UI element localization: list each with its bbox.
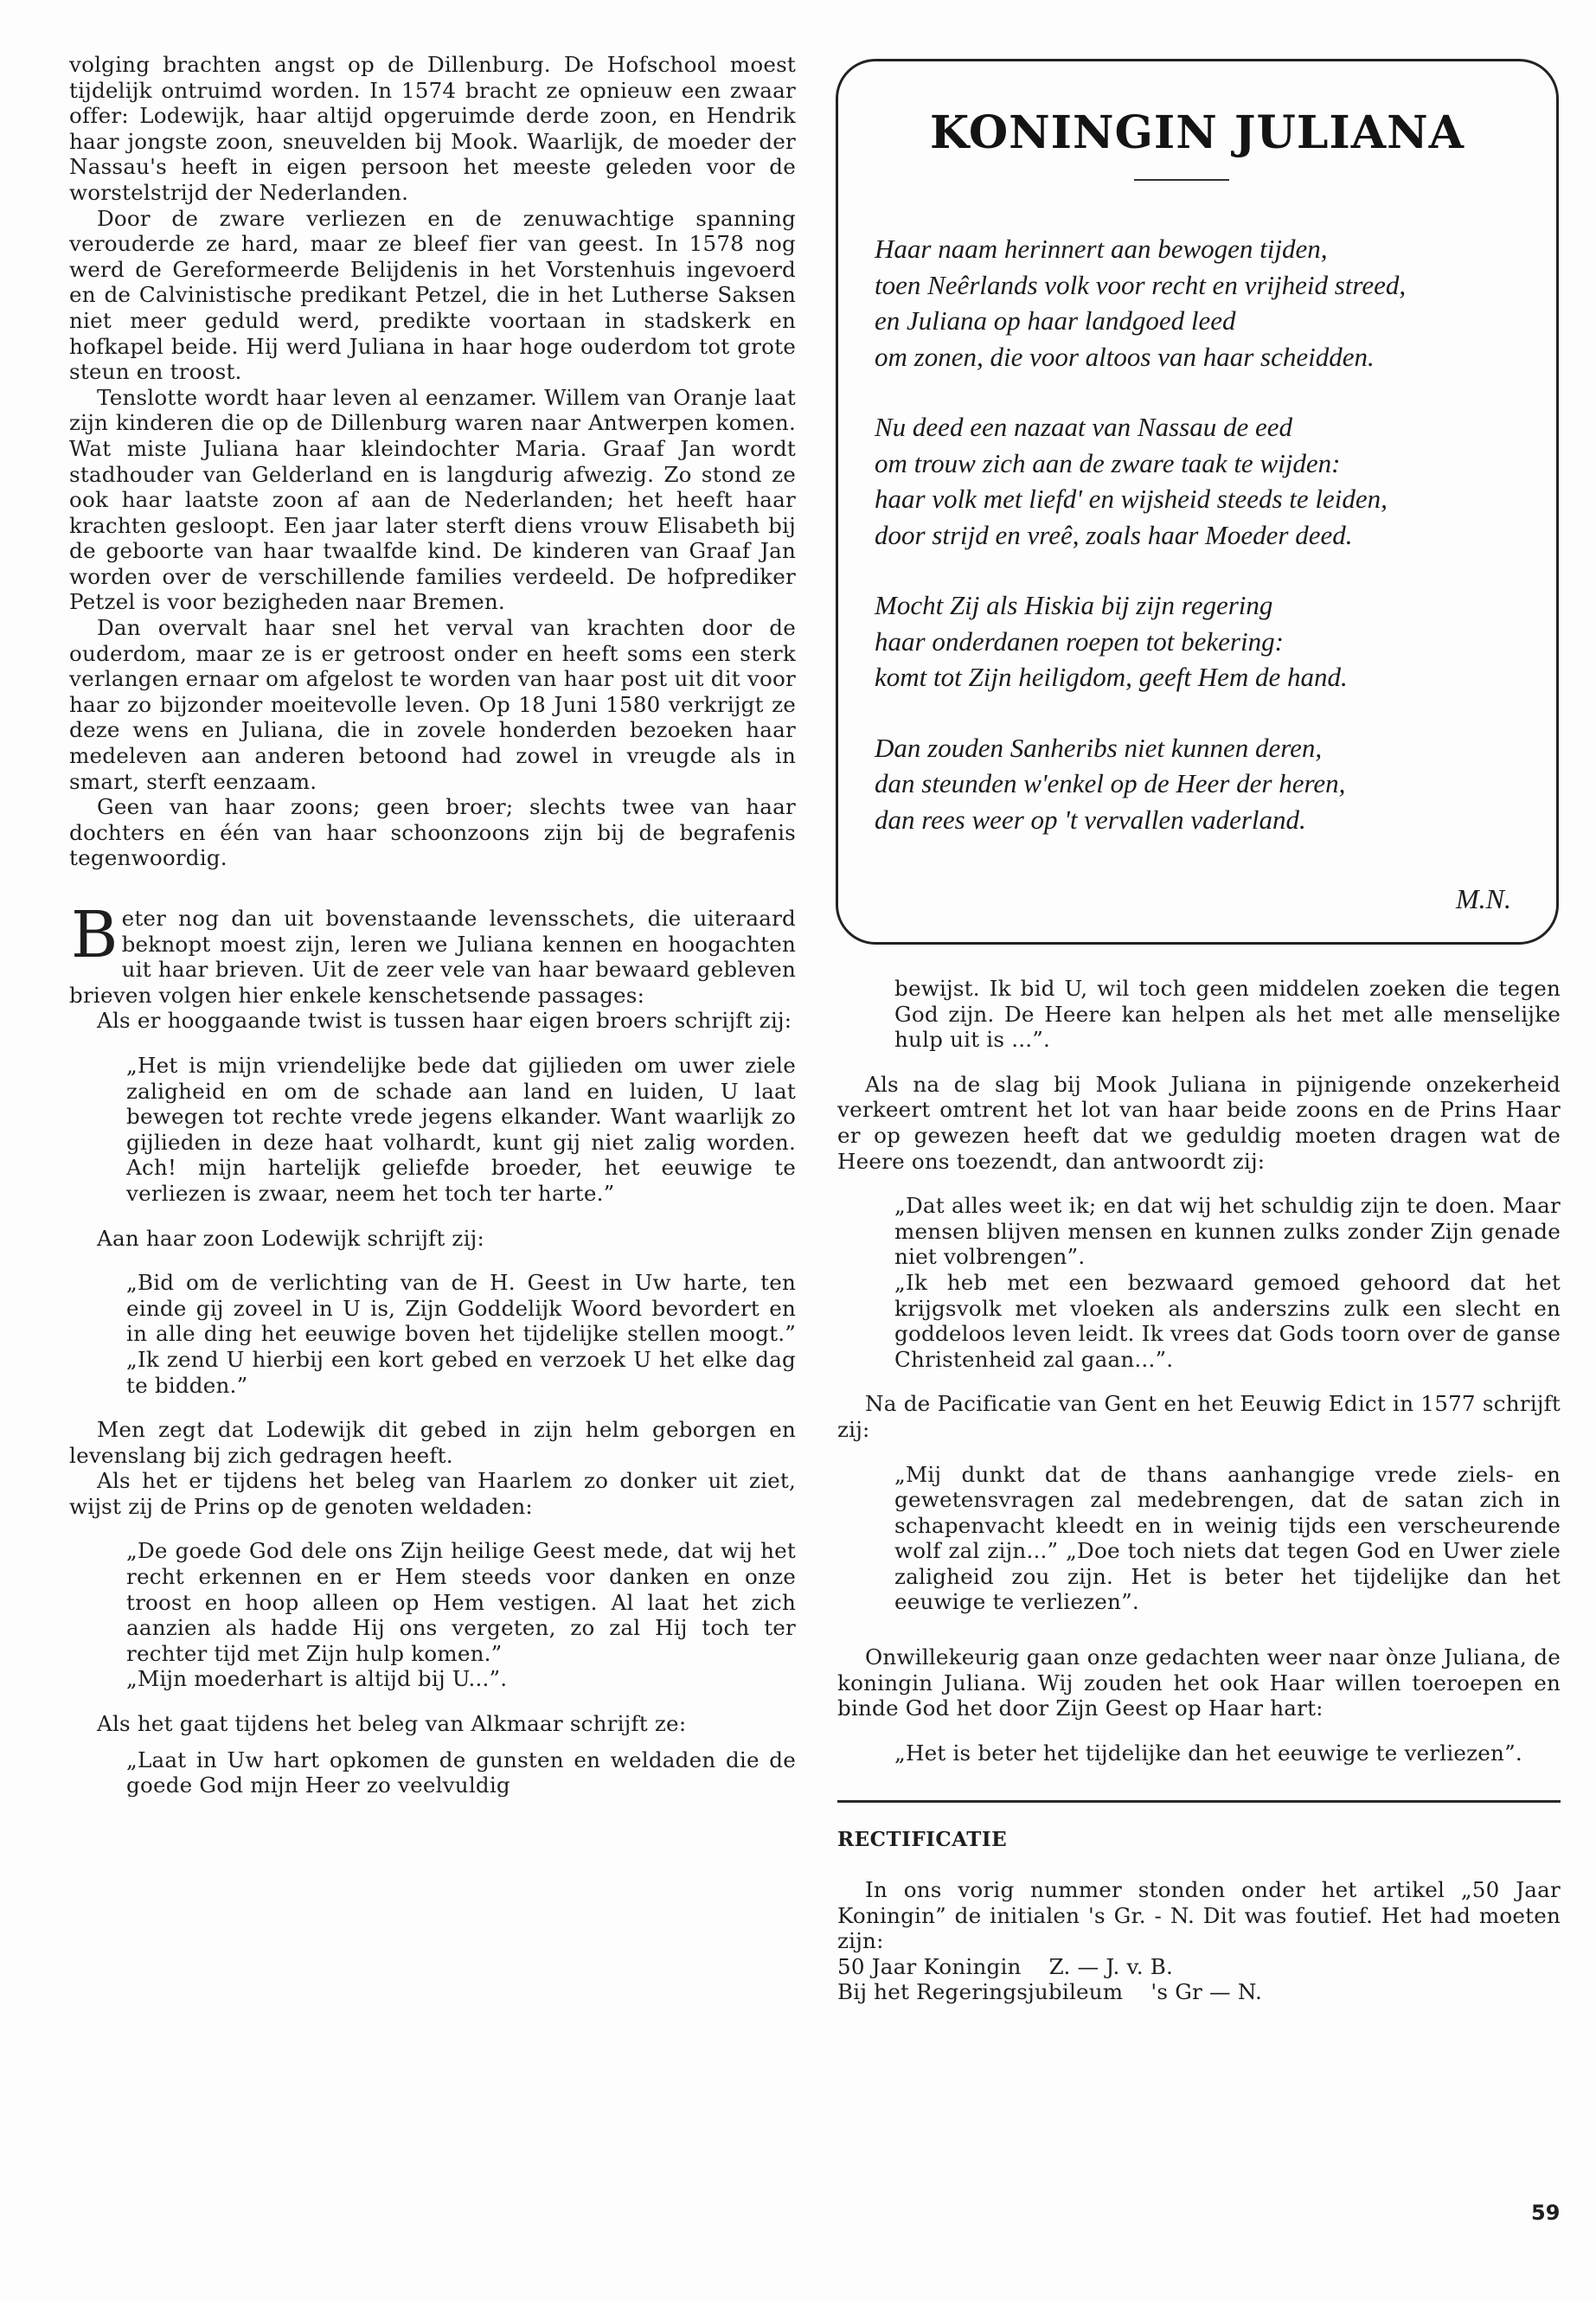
magazine-page: volging brachten angst op de Dillenburg.… (0, 0, 1596, 2301)
poem-stanza: Nu deed een nazaat van Nassau de eed om … (875, 409, 1532, 553)
letter-quote: „Het is mijn vriendelijke bede dat gijli… (126, 1053, 796, 1207)
rectificatie-line: Bij het Regeringsjubileum 's Gr — N. (837, 1979, 1561, 2005)
poem-stanza: Haar naam herinnert aan bewogen tijden, … (875, 231, 1532, 375)
letter-quote: „Ik heb met een bezwaard gemoed gehoord … (894, 1270, 1561, 1372)
poem-title: KONINGIN JULIANA (838, 106, 1556, 159)
body-paragraph: Na de Pacificatie van Gent en het Eeuwig… (837, 1391, 1561, 1442)
poem-line: Haar naam herinnert aan bewogen tijden, (875, 231, 1532, 267)
poem-author: M.N. (1456, 883, 1511, 915)
page-number: 59 (1531, 2201, 1560, 2225)
body-paragraph: Onwillekeurig gaan onze gedachten weer n… (837, 1644, 1561, 1721)
dropcap-paragraph: Beter nog dan uit bovenstaande levenssch… (69, 906, 796, 1008)
poem-line: dan rees weer op 't vervallen vaderland. (875, 802, 1532, 838)
rectificatie-text: In ons vorig nummer stonden onder het ar… (837, 1877, 1561, 1954)
letter-quote: „De goede God dele ons Zijn heilige Gees… (126, 1538, 796, 1666)
poem-line: Mocht Zij als Hiskia bij zijn regering (875, 587, 1532, 624)
body-paragraph: Geen van haar zoons; geen broer; slechts… (69, 794, 796, 871)
poem-box: KONINGIN JULIANA Haar naam herinnert aan… (836, 59, 1559, 945)
body-paragraph: Aan haar zoon Lodewijk schrijft zij: (69, 1226, 796, 1252)
poem-line: om zonen, die voor altoos van haar schei… (875, 339, 1532, 375)
poem-line: Nu deed een nazaat van Nassau de eed (875, 409, 1532, 445)
section-divider (837, 1800, 1561, 1803)
dropcap-paragraph-text: eter nog dan uit bovenstaande levenssche… (69, 906, 796, 1008)
letter-quote: „Laat in Uw hart opkomen de gunsten en w… (126, 1747, 796, 1798)
body-paragraph: Dan overvalt haar snel het verval van kr… (69, 615, 796, 794)
poem-line: toen Neêrlands volk voor recht en vrijhe… (875, 267, 1532, 304)
rectificatie-heading: RECTIFICATIE (837, 1827, 1561, 1853)
poem-line: Dan zouden Sanheribs niet kunnen deren, (875, 730, 1532, 766)
poem-stanza: Dan zouden Sanheribs niet kunnen deren, … (875, 730, 1532, 838)
letter-quote: „Mijn moederhart is altijd bij U...”. (126, 1666, 796, 1692)
rectificatie-line: 50 Jaar Koningin Z. — J. v. B. (837, 1954, 1561, 1980)
poem-line: komt tot Zijn heiligdom, geeft Hem de ha… (875, 659, 1532, 695)
poem-body: Haar naam herinnert aan bewogen tijden, … (875, 231, 1532, 872)
letter-quote: „Mij dunkt dat de thans aanhangige vrede… (894, 1462, 1561, 1616)
right-column: bewijst. Ik bid U, wil toch geen middele… (837, 976, 1561, 2005)
body-paragraph: Men zegt dat Lodewijk dit gebed in zijn … (69, 1417, 796, 1468)
body-paragraph: Als na de slag bij Mook Juliana in pijni… (837, 1072, 1561, 1174)
poem-line: dan steunden w'enkel op de Heer der here… (875, 766, 1532, 802)
poem-line: door strijd en vreê, zoals haar Moeder d… (875, 517, 1532, 554)
left-column: volging brachten angst op de Dillenburg.… (69, 52, 796, 1798)
letter-quote: bewijst. Ik bid U, wil toch geen middele… (894, 976, 1561, 1053)
poem-stanza: Mocht Zij als Hiskia bij zijn regering h… (875, 587, 1532, 695)
poem-line: haar onderdanen roepen tot bekering: (875, 624, 1532, 660)
body-paragraph: Als het gaat tijdens het beleg van Alkma… (69, 1711, 796, 1737)
poem-line: en Juliana op haar landgoed leed (875, 303, 1532, 339)
body-paragraph: Tenslotte wordt haar leven al eenzamer. … (69, 385, 796, 615)
title-divider (1134, 179, 1229, 181)
body-paragraph: Als er hooggaande twist is tussen haar e… (69, 1008, 796, 1034)
body-paragraph: Als het er tijdens het beleg van Haarlem… (69, 1468, 796, 1519)
letter-quote: „Bid om de verlichting van de H. Geest i… (126, 1270, 796, 1398)
body-paragraph: Door de zware verliezen en de zenuwachti… (69, 206, 796, 385)
poem-line: om trouw zich aan de zware taak te wijde… (875, 445, 1532, 482)
dropcap-letter: B (71, 909, 119, 961)
poem-line: haar volk met liefd' en wijsheid steeds … (875, 481, 1532, 517)
letter-quote: „Het is beter het tijdelijke dan het eeu… (894, 1740, 1561, 1766)
letter-quote: „Dat alles weet ik; en dat wij het schul… (894, 1193, 1561, 1270)
body-paragraph: volging brachten angst op de Dillenburg.… (69, 52, 796, 206)
